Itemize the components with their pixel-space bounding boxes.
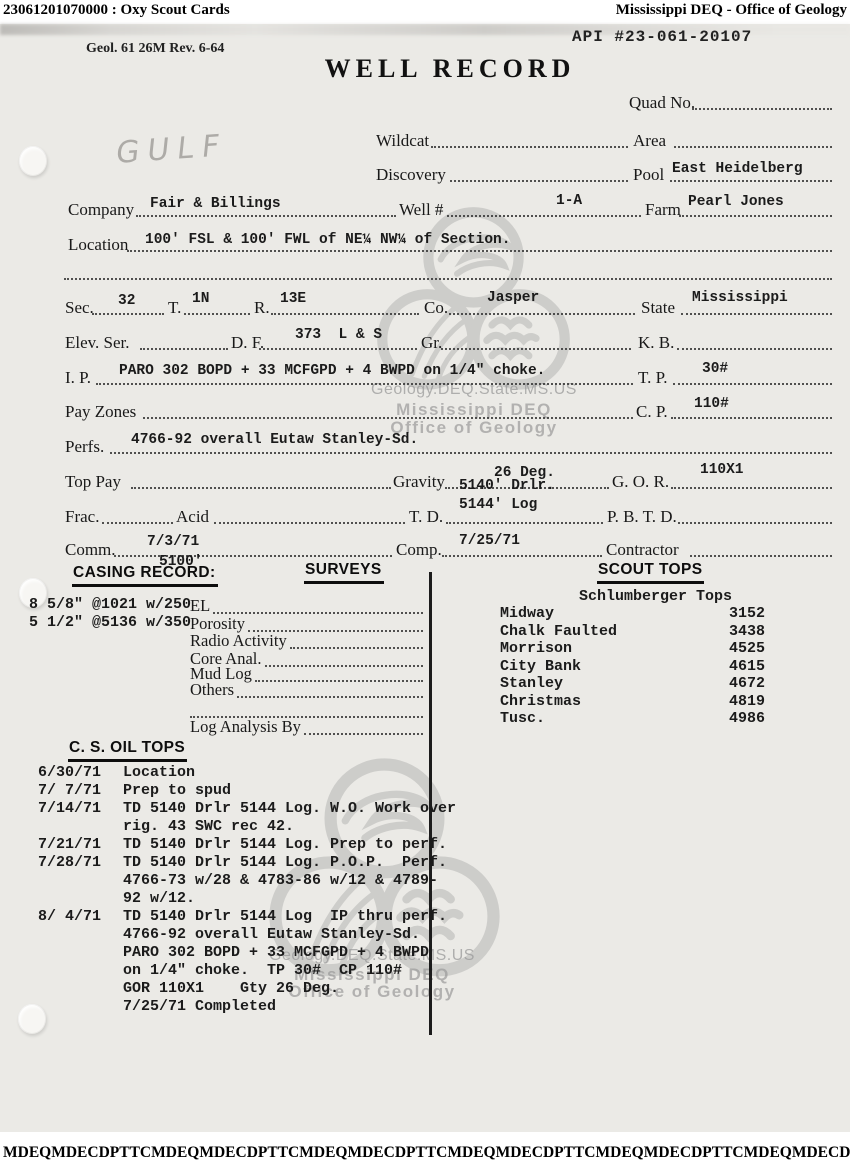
- agency-title: Mississippi DEQ - Office of Geology: [613, 0, 850, 21]
- dotted-line: [674, 146, 832, 148]
- oil-top-text: TD 5140 Drlr 5144 Log. Prep to perf.: [123, 837, 447, 852]
- oil-top-text: 4766-92 overall Eutaw Stanley-Sd.: [123, 927, 420, 942]
- field-value-tp: 30#: [702, 362, 728, 377]
- field-value-sec: 32: [118, 294, 135, 309]
- oil-top-text: PARO 302 BOPD + 33 MCFGPD + 4 BWPD: [123, 945, 429, 960]
- scout-top-name: Stanley: [500, 676, 563, 691]
- field-label-quad-no: Quad No.: [629, 94, 695, 111]
- survey-row: Log Analysis By: [190, 717, 423, 737]
- field-value-td-log: 5144' Log: [459, 498, 537, 513]
- dotted-line: [92, 313, 164, 315]
- survey-label: Log Analysis By: [190, 719, 304, 738]
- dotted-line: [304, 733, 423, 735]
- dotted-line: [237, 696, 423, 698]
- scout-tops-heading: SCOUT TOPS: [597, 562, 704, 584]
- field-value-perfs: 4766-92 overall Eutaw Stanley-Sd.: [131, 433, 418, 448]
- oil-top-date: 7/14/71: [38, 801, 101, 816]
- oil-top-date: 6/30/71: [38, 765, 101, 780]
- field-value-df: 373 L & S: [295, 328, 382, 343]
- field-label-county: Co.: [424, 299, 448, 316]
- field-value-td-driller: 5140' Drlr.: [459, 479, 555, 494]
- dotted-line: [143, 417, 633, 419]
- footer-token: PTTC: [554, 1144, 595, 1162]
- field-label-pool: Pool: [633, 166, 664, 183]
- dotted-line: [114, 555, 392, 557]
- footer-token: MDEQ: [447, 1144, 495, 1162]
- field-label-frac: Frac.: [65, 508, 99, 525]
- oil-top-text: TD 5140 Drlr 5144 Log. P.O.P. Perf.: [123, 855, 447, 870]
- dotted-line: [259, 348, 417, 350]
- footer-token: MDEQ: [299, 1144, 347, 1162]
- field-label-ip: I. P.: [65, 369, 91, 386]
- dotted-line: [447, 215, 641, 217]
- oil-top-text: TD 5140 Drlr 5144 Log IP thru perf.: [123, 909, 447, 924]
- field-value-county: Jasper: [487, 291, 539, 306]
- footer-token: MDECD: [496, 1144, 555, 1162]
- casing-line: 5 1/2" @5136 w/350: [29, 615, 191, 630]
- dotted-line: [671, 487, 832, 489]
- survey-row: Others: [190, 680, 423, 700]
- casing-line: 8 5/8" @1021 w/250: [29, 597, 191, 612]
- oil-top-text: Location: [123, 765, 195, 780]
- viewer-header-bar: 23061201070000 : Oxy Scout Cards Mississ…: [0, 0, 850, 24]
- survey-row: Radio Activity: [190, 631, 423, 651]
- field-label-tp: T. P.: [638, 369, 667, 386]
- dotted-line: [690, 555, 832, 557]
- field-label-gr: Gr.: [421, 334, 442, 351]
- dotted-line: [271, 313, 419, 315]
- footer-token: MDECD: [792, 1144, 850, 1162]
- field-label-top-pay: Top Pay: [65, 473, 121, 490]
- field-label-well-number: Well #: [399, 201, 443, 218]
- footer-token: MDECD: [644, 1144, 703, 1162]
- field-value-pool: East Heidelberg: [672, 162, 803, 177]
- oil-top-text: 7/25/71 Completed: [123, 999, 276, 1014]
- oil-top-text: rig. 43 SWC rec 42.: [123, 819, 294, 834]
- field-label-gravity: Gravity: [393, 473, 445, 490]
- field-label-sec: Sec.: [65, 299, 94, 316]
- dotted-line: [127, 250, 832, 252]
- casing-record-heading: CASING RECORD:: [72, 565, 218, 587]
- scanned-well-record-page: 23061201070000 : Oxy Scout Cards Mississ…: [0, 0, 850, 1162]
- scout-top-depth: 4525: [729, 641, 765, 656]
- dotted-line: [184, 313, 250, 315]
- dotted-line: [670, 180, 832, 182]
- footer-token: MDEQ: [3, 1144, 51, 1162]
- footer-token: MDECD: [199, 1144, 258, 1162]
- scout-top-depth: 4819: [729, 694, 765, 709]
- dotted-line: [673, 383, 832, 385]
- document-id-title: 23061201070000 : Oxy Scout Cards: [0, 0, 233, 21]
- dotted-line: [131, 487, 391, 489]
- oil-top-date: 7/28/71: [38, 855, 101, 870]
- footer-token: MDECD: [51, 1144, 110, 1162]
- field-value-well-number: 1-A: [556, 194, 582, 209]
- field-label-perfs: Perfs.: [65, 438, 104, 455]
- dotted-line: [441, 348, 631, 350]
- scout-top-name: Chalk Faulted: [500, 624, 617, 639]
- dotted-line: [678, 522, 832, 524]
- oil-top-text: on 1/4" choke. TP 30# CP 110#: [123, 963, 402, 978]
- oil-top-date: 7/21/71: [38, 837, 101, 852]
- dotted-line: [446, 522, 603, 524]
- dotted-line: [96, 383, 633, 385]
- footer-strip: MDEQ MDECD PTTC MDEQ MDECD PTTC MDEQ MDE…: [0, 1134, 850, 1162]
- footer-token: MDEQ: [151, 1144, 199, 1162]
- footer-token: MDEQ: [744, 1144, 792, 1162]
- scout-top-name: Morrison: [500, 641, 572, 656]
- field-label-wildcat: Wildcat: [376, 132, 429, 149]
- footer-token: PTTC: [702, 1144, 743, 1162]
- field-value-township: 1N: [192, 292, 209, 307]
- oil-top-text: 4766-73 w/28 & 4783-86 w/12 & 4789-: [123, 873, 438, 888]
- field-label-company: Company: [68, 201, 134, 218]
- dotted-line: [136, 215, 396, 217]
- oil-top-text: GOR 110X1 Gty 26 Deg.: [123, 981, 339, 996]
- dotted-line: [110, 452, 832, 454]
- field-value-location: 100' FSL & 100' FWL of NE¼ NW¼ of Sectio…: [145, 233, 510, 248]
- field-label-td: T. D.: [409, 508, 443, 525]
- oil-top-text: TD 5140 Drlr 5144 Log. W.O. Work over: [123, 801, 456, 816]
- dotted-line: [442, 555, 602, 557]
- field-label-comm: Comm.: [65, 541, 116, 558]
- oil-top-text: 92 w/12.: [123, 891, 195, 906]
- handwritten-gulf-note: GULF: [114, 128, 229, 171]
- dotted-line: [140, 348, 228, 350]
- scout-top-depth: 3152: [729, 606, 765, 621]
- surveys-heading: SURVEYS: [304, 562, 384, 584]
- field-label-cp: C. P.: [636, 403, 668, 420]
- hole-punch: [18, 1004, 46, 1034]
- field-label-farm: Farm: [645, 201, 681, 218]
- scout-top-name: City Bank: [500, 659, 581, 674]
- scout-top-name: Tusc.: [500, 711, 545, 726]
- field-label-range: R.: [254, 299, 270, 316]
- dotted-line: [671, 417, 832, 419]
- field-label-pbtd: P. B. T. D.: [607, 508, 677, 525]
- scout-top-depth: 4672: [729, 676, 765, 691]
- field-label-area: Area: [633, 132, 666, 149]
- dotted-line: [102, 522, 173, 524]
- dotted-line: [431, 146, 628, 148]
- field-label-pay-zones: Pay Zones: [65, 403, 136, 420]
- dotted-line: [64, 278, 832, 280]
- field-label-discovery: Discovery: [376, 166, 446, 183]
- dotted-line: [449, 313, 635, 315]
- watermark-agency-text: Mississippi DEQ: [396, 401, 552, 418]
- oil-top-date: 7/ 7/71: [38, 783, 101, 798]
- survey-row: EL: [190, 596, 423, 616]
- field-label-state: State: [641, 299, 675, 316]
- field-value-farm: Pearl Jones: [688, 195, 784, 210]
- survey-label: Others: [190, 682, 237, 701]
- field-label-gor: G. O. R.: [612, 473, 669, 490]
- scout-tops-subtitle: Schlumberger Tops: [579, 589, 732, 604]
- dotted-line: [692, 108, 832, 110]
- form-title: WELL RECORD: [325, 54, 576, 84]
- field-label-contractor: Contractor: [606, 541, 679, 558]
- field-label-comp: Comp.: [396, 541, 442, 558]
- scout-top-depth: 4986: [729, 711, 765, 726]
- field-label-kb: K. B.: [638, 334, 674, 351]
- field-label-acid: Acid: [176, 508, 209, 525]
- field-value-company: Fair & Billings: [150, 197, 281, 212]
- cs-oil-tops-heading: C. S. OIL TOPS: [68, 740, 187, 762]
- field-value-range: 13E: [280, 292, 306, 307]
- footer-token: PTTC: [258, 1144, 299, 1162]
- dotted-line: [681, 313, 832, 315]
- oil-top-text: Prep to spud: [123, 783, 231, 798]
- dotted-line: [677, 348, 832, 350]
- oil-top-date: 8/ 4/71: [38, 909, 101, 924]
- field-value-ip: PARO 302 BOPD + 33 MCFGPD + 4 BWPD on 1/…: [119, 364, 545, 379]
- field-value-cp: 110#: [694, 397, 729, 412]
- field-label-township: T.: [168, 299, 181, 316]
- field-label-elev-ser: Elev. Ser.: [65, 334, 130, 351]
- hole-punch: [19, 146, 47, 176]
- footer-token: PTTC: [406, 1144, 447, 1162]
- form-revision-note: Geol. 61 26M Rev. 6-64: [86, 41, 224, 57]
- dotted-line: [679, 215, 832, 217]
- dotted-line: [450, 180, 628, 182]
- scout-top-name: Midway: [500, 606, 554, 621]
- field-value-state: Mississippi: [692, 291, 788, 306]
- scout-top-name: Christmas: [500, 694, 581, 709]
- field-value-comm-date: 7/3/71: [147, 535, 199, 550]
- footer-token: PTTC: [110, 1144, 151, 1162]
- scanned-paper: Geology.DEQ.State.MS.US Mississippi DEQ …: [0, 24, 850, 1132]
- field-value-comp-date: 7/25/71: [459, 534, 520, 549]
- footer-token: MDEQ: [596, 1144, 644, 1162]
- field-label-location: Location: [68, 236, 128, 253]
- scout-top-depth: 4615: [729, 659, 765, 674]
- api-number: API #23-061-20107: [572, 28, 752, 46]
- field-value-gor: 110X1: [700, 463, 744, 478]
- footer-token: MDECD: [347, 1144, 406, 1162]
- scout-top-depth: 3438: [729, 624, 765, 639]
- dotted-line: [214, 522, 405, 524]
